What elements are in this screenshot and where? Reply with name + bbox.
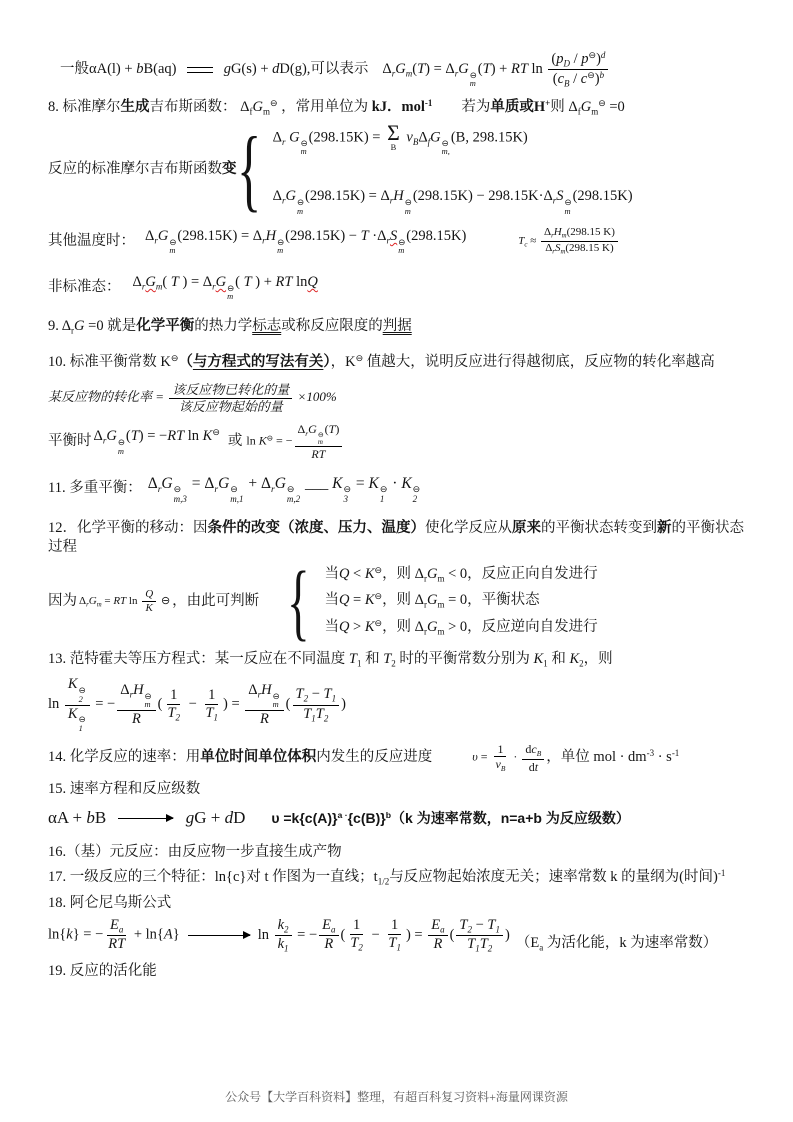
- conversion-formula: 某反应物的转化率 = 该反应物已转化的量该反应物起始的量 ×100%: [48, 382, 337, 414]
- judge-row: 因为 ΔrGm = RT ln QK ⊖ ，由此可判断 当Q < K⊖，则 Δr…: [48, 565, 757, 638]
- item13-text: 13. 范特霍夫等压方程式：某一反应在不同温度 T1 和 T2 时的平衡常数分别…: [48, 650, 613, 670]
- vant-hoff-formula: ln K⊖2K⊖1 = −ΔrH⊖mR(1T2 − 1T1) = ΔrH⊖mR(…: [48, 676, 346, 734]
- other-temp-formula: ΔrG⊖m(298.15K) = ΔrH⊖m(298.15K) − T ·ΔrS…: [145, 227, 466, 256]
- arrhenius-note: （Ea 为活化能，k 为速率常数）: [516, 934, 717, 954]
- gibbs-hs-formula: ΔrG⊖m(298.15K) = ΔrH⊖m(298.15K) − 298.15…: [273, 187, 633, 216]
- judge-prefix: 因为: [48, 592, 77, 611]
- rate-law-row: αA + bB gG + dD υ =k{c(A)}a ·{c(B)}b（k 为…: [48, 807, 757, 829]
- judge-cases-column: 当Q < K⊖，则 ΔrGm < 0，反应正向自发进行 当Q = K⊖，则 Δr…: [324, 565, 597, 638]
- judge-formula: ΔrGm = RT ln QK ⊖: [79, 588, 170, 615]
- judge-case-gt: 当Q > K⊖，则 ΔrGm > 0，反应逆向自发进行: [324, 618, 597, 638]
- item14-text: 14. 化学反应的速率：用单位时间单位体积内发生的反应进度: [48, 748, 432, 767]
- right-arrow-icon: [188, 935, 250, 937]
- gibbs-sum-formula: Δr G⊖m(298.15K) = ΣB νBΔfG⊖m,(B, 298.15K…: [273, 123, 633, 158]
- rate-formula: υ = 1νB · dcBdt: [472, 742, 546, 774]
- equilibrium-formula-1: ΔrG⊖m(T) = −RT ln K⊖: [94, 427, 220, 456]
- gibbs-group-label: 反应的标准摩尔吉布斯函数变: [48, 160, 237, 179]
- rate-law-formula: υ =k{c(A)}a ·{c(B)}b（k 为速率常数，n=a+b 为反应级数…: [271, 809, 630, 827]
- item10-row: 10. 标准平衡常数 K⊖（与方程式的写法有关），K⊖ 值越大，说明反应进行得越…: [48, 353, 757, 372]
- item15-text: 15. 速率方程和反应级数: [48, 780, 200, 799]
- equilibrium-formula-2: ln K⊖ = −ΔrG⊖m(T)RT: [246, 422, 344, 462]
- judge-suffix: ，由此可判断: [172, 592, 259, 611]
- general-reaction-row: 一般αA(l) + bB(aq) gG(s) + dD(g),可以表示 ΔrGm…: [60, 50, 757, 89]
- page-footer: 公众号【大学百科资料】整理，有超百科复习资料+海量网课资源: [0, 1090, 793, 1106]
- item18-text: 18. 阿仑尼乌斯公式: [48, 894, 171, 913]
- equilibrium-row: 平衡时 ΔrG⊖m(T) = −RT ln K⊖ 或 ln K⊖ = −ΔrG⊖…: [48, 422, 757, 462]
- vant-hoff-row: ln K⊖2K⊖1 = −ΔrH⊖mR(1T2 − 1T1) = ΔrH⊖mR(…: [48, 676, 757, 734]
- item17-text: 17. 一级反应的三个特征：ln{c}对 t 作图为一直线；t1/2与反应物起始…: [48, 868, 725, 888]
- other-temp-row: 其他温度时： ΔrG⊖m(298.15K) = ΔrH⊖m(298.15K) −…: [48, 226, 757, 257]
- item16-row: 16.（基）元反应：由反应物一步直接生成产物: [48, 843, 757, 862]
- arrhenius-row: ln{k} = −EaRT + ln{A} ln k2k1 = −EaR(1T2…: [48, 917, 757, 954]
- gibbs-expression-formula: ΔrGm(T) = ΔrG⊖m(T) + RT ln (pD / p⊖)d(cB…: [382, 50, 610, 89]
- item13-row: 13. 范特霍夫等压方程式：某一反应在不同温度 T1 和 T2 时的平衡常数分别…: [48, 650, 757, 670]
- multi-equilibrium-formula: ΔrG⊖m,3 = ΔrG⊖m,1 + ΔrG⊖m,2 ___ K⊖3 = K⊖…: [148, 474, 421, 505]
- other-temp-label: 其他温度时：: [48, 232, 135, 251]
- item16-text: 16.（基）元反应：由反应物一步直接生成产物: [48, 843, 342, 862]
- gibbs-group-column: Δr G⊖m(298.15K) = ΣB νBΔfG⊖m,(B, 298.15K…: [273, 123, 633, 217]
- equilibrium-or: 或: [228, 432, 243, 451]
- item9-row: 9. ΔrG =0 就是化学平衡的热力学标志或称反应限度的判据: [48, 317, 757, 337]
- item15-row: 15. 速率方程和反应级数: [48, 780, 757, 799]
- item12-row: 12．化学平衡的移动：因条件的改变（浓度、压力、温度）使化学反应从原来的平衡状态…: [48, 519, 757, 557]
- document-page: 一般αA(l) + bB(aq) gG(s) + dD(g),可以表示 ΔrGm…: [0, 0, 793, 1122]
- item12-text: 12．化学平衡的移动：因条件的改变（浓度、压力、温度）使化学反应从原来的平衡状态…: [48, 519, 757, 557]
- rate-unit: ，单位 mol · dm-3 · s-1: [546, 748, 679, 767]
- item17-row: 17. 一级反应的三个特征：ln{c}对 t 作图为一直线；t1/2与反应物起始…: [48, 868, 757, 888]
- rate-reaction: αA + bB gG + dD: [48, 807, 245, 829]
- equilibrium-label: 平衡时: [48, 432, 92, 451]
- item8-text: 8. 标准摩尔生成吉布斯函数： ΔfGm⊖ ，常用单位为 kJ．mol-1 若为…: [48, 98, 625, 118]
- arrhenius-formula-1: ln{k} = −EaRT + ln{A}: [48, 917, 180, 953]
- general-reaction-text: 一般αA(l) + bB(aq) gG(s) + dD(g),可以表示: [60, 60, 368, 79]
- item11-row: 11. 多重平衡： ΔrG⊖m,3 = ΔrG⊖m,1 + ΔrG⊖m,2 __…: [48, 474, 757, 505]
- judge-case-eq: 当Q = K⊖，则 ΔrGm = 0，平衡状态: [324, 591, 597, 611]
- nonstd-label: 非标准态：: [48, 278, 121, 297]
- item14-row: 14. 化学反应的速率：用单位时间单位体积内发生的反应进度 υ = 1νB · …: [48, 742, 757, 774]
- item9-text: 9. ΔrG =0 就是化学平衡的热力学标志或称反应限度的判据: [48, 317, 412, 337]
- item19-row: 19. 反应的活化能: [48, 962, 757, 981]
- conversion-row: 某反应物的转化率 = 该反应物已转化的量该反应物起始的量 ×100%: [48, 382, 757, 414]
- tc-formula: Tc ≈ ΔrHm(298.15 K)ΔrSm(298.15 K): [518, 226, 620, 257]
- item11-label: 11. 多重平衡：: [48, 479, 142, 498]
- item8-row: 8. 标准摩尔生成吉布斯函数： ΔfGm⊖ ，常用单位为 kJ．mol-1 若为…: [48, 98, 757, 118]
- left-brace-glyph: [237, 130, 261, 208]
- gibbs-group-row: 反应的标准摩尔吉布斯函数变 Δr G⊖m(298.15K) = ΣB νBΔfG…: [48, 123, 757, 217]
- item18-row: 18. 阿仑尼乌斯公式: [48, 894, 757, 913]
- arrhenius-formula-2: ln k2k1 = −EaR(1T2 − 1T1) = EaR(T2 − T1T…: [258, 917, 510, 954]
- judge-case-lt: 当Q < K⊖，则 ΔrGm < 0，反应正向自发进行: [324, 565, 597, 585]
- item19-text: 19. 反应的活化能: [48, 962, 157, 981]
- item10-text: 10. 标准平衡常数 K⊖（与方程式的写法有关），K⊖ 值越大，说明反应进行得越…: [48, 353, 715, 372]
- judge-brace-glyph: [287, 565, 310, 638]
- nonstd-row: 非标准态： ΔrGm( T ) = ΔrG⊖m( T ) + RT lnQ: [48, 273, 757, 302]
- nonstd-formula: ΔrGm( T ) = ΔrG⊖m( T ) + RT lnQ: [133, 273, 318, 302]
